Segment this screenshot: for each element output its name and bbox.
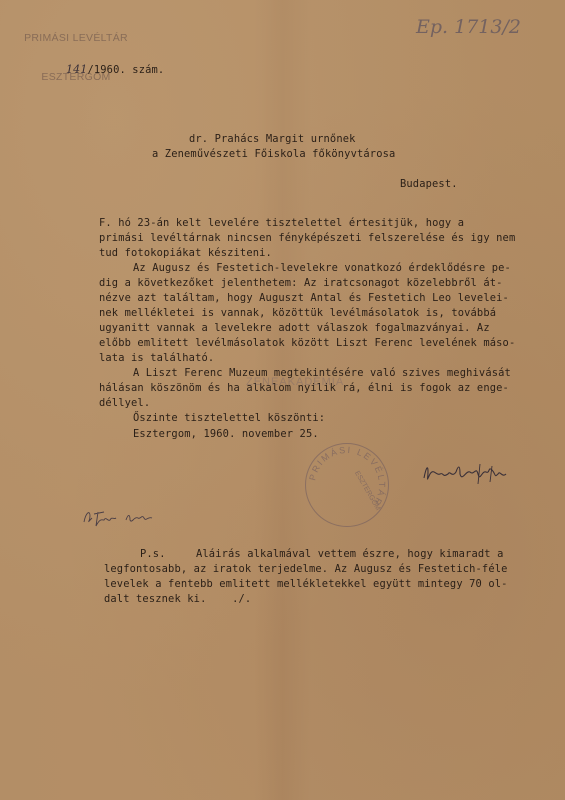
signature: [420, 460, 520, 488]
postscript-line1: Aláirás alkalmával vettem észre, hogy ki…: [196, 547, 503, 562]
postscript-line3: levelek a fentebb emlitett mellékletekke…: [104, 577, 508, 592]
postscript-line4: dalt tesznek ki. ./.: [104, 592, 251, 607]
handwritten-number: 141: [66, 63, 87, 76]
handwritten-note: [82, 506, 162, 528]
closing: Őszinte tisztelettel köszönti:: [133, 411, 325, 426]
zeneakademia-stamp: ZENEAKADÉMIA: [246, 376, 344, 388]
round-archive-stamp: PRIMÁSI LEVÉLTÁR ESZTERGOM: [305, 443, 389, 527]
paragraph1-line2: primási levéltárnak nincsen fényképészet…: [99, 231, 515, 246]
reference-number: 141/1960. szám.: [66, 63, 164, 78]
place-date: Esztergom, 1960. november 25.: [133, 427, 319, 442]
paragraph3-line3: déllyel.: [99, 396, 150, 411]
postscript-label: P.s.: [140, 547, 166, 562]
paragraph2-line6: előbb emlitett levélmásolatok között Lis…: [99, 336, 515, 351]
typed-number: /1960. szám.: [87, 64, 164, 76]
addressee-city: Budapest.: [400, 177, 458, 192]
pencil-reference: Ep. 1713/2: [416, 16, 521, 38]
paragraph1-line3: tud fotokopiákat késziteni.: [99, 246, 272, 261]
round-stamp-graphic: PRIMÁSI LEVÉLTÁR ESZTERGOM: [306, 444, 388, 526]
postscript-line2: legfontosabb, az iratok terjedelme. Az A…: [104, 562, 508, 577]
paragraph2-line2: dig a következőket jelenthetem: Az iratc…: [99, 276, 503, 291]
addressee-line1: dr. Prahács Margit urnőnek: [189, 132, 356, 147]
paragraph2-line5: ugyanitt vannak a levelekre adott válasz…: [99, 321, 490, 336]
paragraph2-line7: lata is található.: [99, 351, 214, 366]
paragraph1-line1: F. hó 23-án kelt levelére tisztelettel é…: [99, 216, 464, 231]
paragraph2-line3: nézve azt találtam, hogy Auguszt Antal é…: [99, 291, 509, 306]
archive-stamp-line1: PRIMÁSI LEVÉLTÁR: [18, 32, 134, 44]
paragraph2-line1: Az Augusz és Festetich-levelekre vonatko…: [133, 261, 511, 276]
scanned-letter-page: PRIMÁSI LEVÉLTÁR ESZTERGOM Ep. 1713/2 14…: [0, 0, 565, 800]
archive-stamp: PRIMÁSI LEVÉLTÁR ESZTERGOM: [18, 8, 134, 107]
addressee-line2: a Zeneművészeti Főiskola főkönyvtárosa: [152, 147, 395, 162]
paragraph2-line4: nek mellékletei is vannak, közöttük levé…: [99, 306, 496, 321]
